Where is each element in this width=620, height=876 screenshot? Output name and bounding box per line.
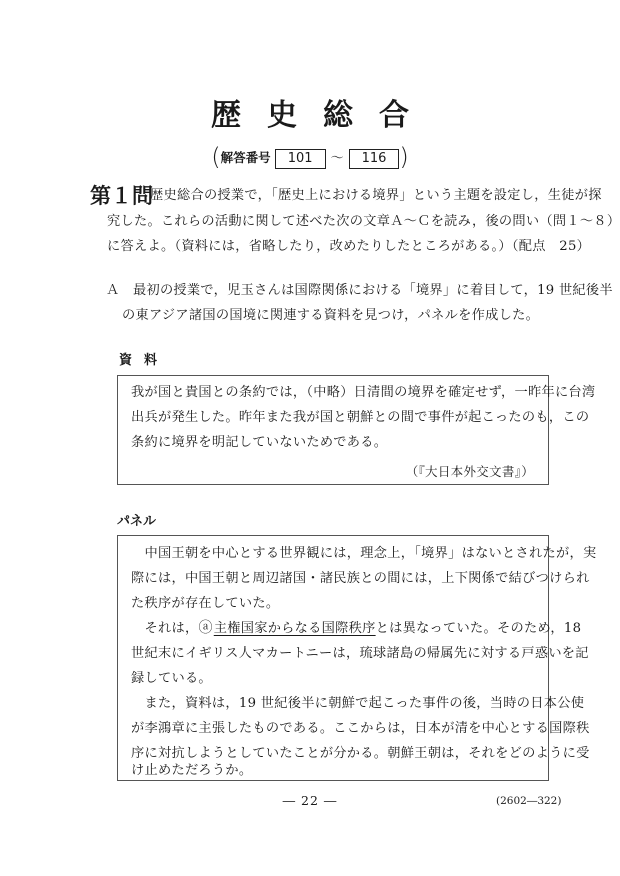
question-intro-line: に答えよ。（資料には，省略したり，改めたりしたところがある。）（配点 25） <box>107 234 590 259</box>
question-intro-line: 歴史総合の授業で，「歴史上における境界」という主題を設定し，生徒が探 <box>150 183 602 208</box>
question-number: 第１問 <box>90 183 153 209</box>
page-title: 歴史総合 <box>0 96 620 136</box>
panel-p2-line: 世紀末にイギリス人マカートニーは，琉球諸島の帰属先に対する戸惑いを記 <box>131 641 589 666</box>
question-intro-line: 究した。これらの活動に関して述べた次の文章Ａ～Ｃを読み，後の問い（問１～８） <box>107 209 620 234</box>
panel-label: パネル <box>117 510 156 529</box>
section-a-line: の東アジア諸国の国境に関連する資料を見つけ，パネルを作成した。 <box>122 303 539 328</box>
shiryo-source: （『大日本外交文書』） <box>406 459 534 484</box>
panel-p1-line: 際には，中国王朝と周辺諸国・諸民族との間には，上下関係で結びつけられ <box>131 566 590 591</box>
panel-p3-line: が李鴻章に主張したものである。ここからは，日本が清を中心とする国際秩 <box>131 716 590 741</box>
shiryo-line: 我が国と貴国との条約では，（中略）日清間の境界を確定せず，一昨年に台湾 <box>131 380 595 405</box>
panel-p2-prefix: それは， <box>131 621 198 636</box>
panel-p1-line: た秩序が存在していた。 <box>131 591 279 616</box>
shiryo-line: 条約に境界を明記していないためである。 <box>131 430 387 455</box>
panel-p2-line: それは，ⓐ主権国家からなる国際秩序とは異なっていた。そのため，18 <box>131 616 581 641</box>
panel-box: 中国王朝を中心とする世界観には，理念上，「境界」はないとされたが，実 際には，中… <box>117 535 549 781</box>
range-tilde: ～ <box>331 151 344 166</box>
answer-start-box: 101 <box>275 149 326 169</box>
open-paren: ( <box>211 143 220 171</box>
panel-p1-line: 中国王朝を中心とする世界観には，理念上，「境界」はないとされたが，実 <box>131 541 596 566</box>
marker-a: ⓐ <box>198 620 212 636</box>
shiryo-box: 我が国と貴国との条約では，（中略）日清間の境界を確定せず，一昨年に台湾 出兵が発… <box>117 375 549 485</box>
shiryo-label: 資料 <box>119 349 169 368</box>
underlined-term: 主権国家からなる国際秩序 <box>214 621 376 636</box>
panel-p3-line: また，資料は，19 世紀後半に朝鮮で起こった事件の後，当時の日本公使 <box>131 691 584 716</box>
panel-p2-line: 録している。 <box>131 666 212 691</box>
panel-p2-suffix: とは異なっていた。そのため，18 <box>376 621 582 636</box>
close-paren: ) <box>399 143 408 171</box>
section-a-line: Ａ 最初の授業で，児玉さんは国際関係における「境界」に着目して，19 世紀後半 <box>106 278 613 303</box>
answer-number-range: (解答番号 101～116) <box>0 144 620 172</box>
answer-number-label: 解答番号 <box>221 150 271 165</box>
answer-end-box: 116 <box>349 149 400 169</box>
shiryo-line: 出兵が発生した。昨年また我が国と朝鮮との間で事件が起こったのも，この <box>131 405 589 430</box>
panel-p3-line: け止めただろうか。 <box>131 766 252 776</box>
exam-code: (2602―322) <box>496 795 561 807</box>
